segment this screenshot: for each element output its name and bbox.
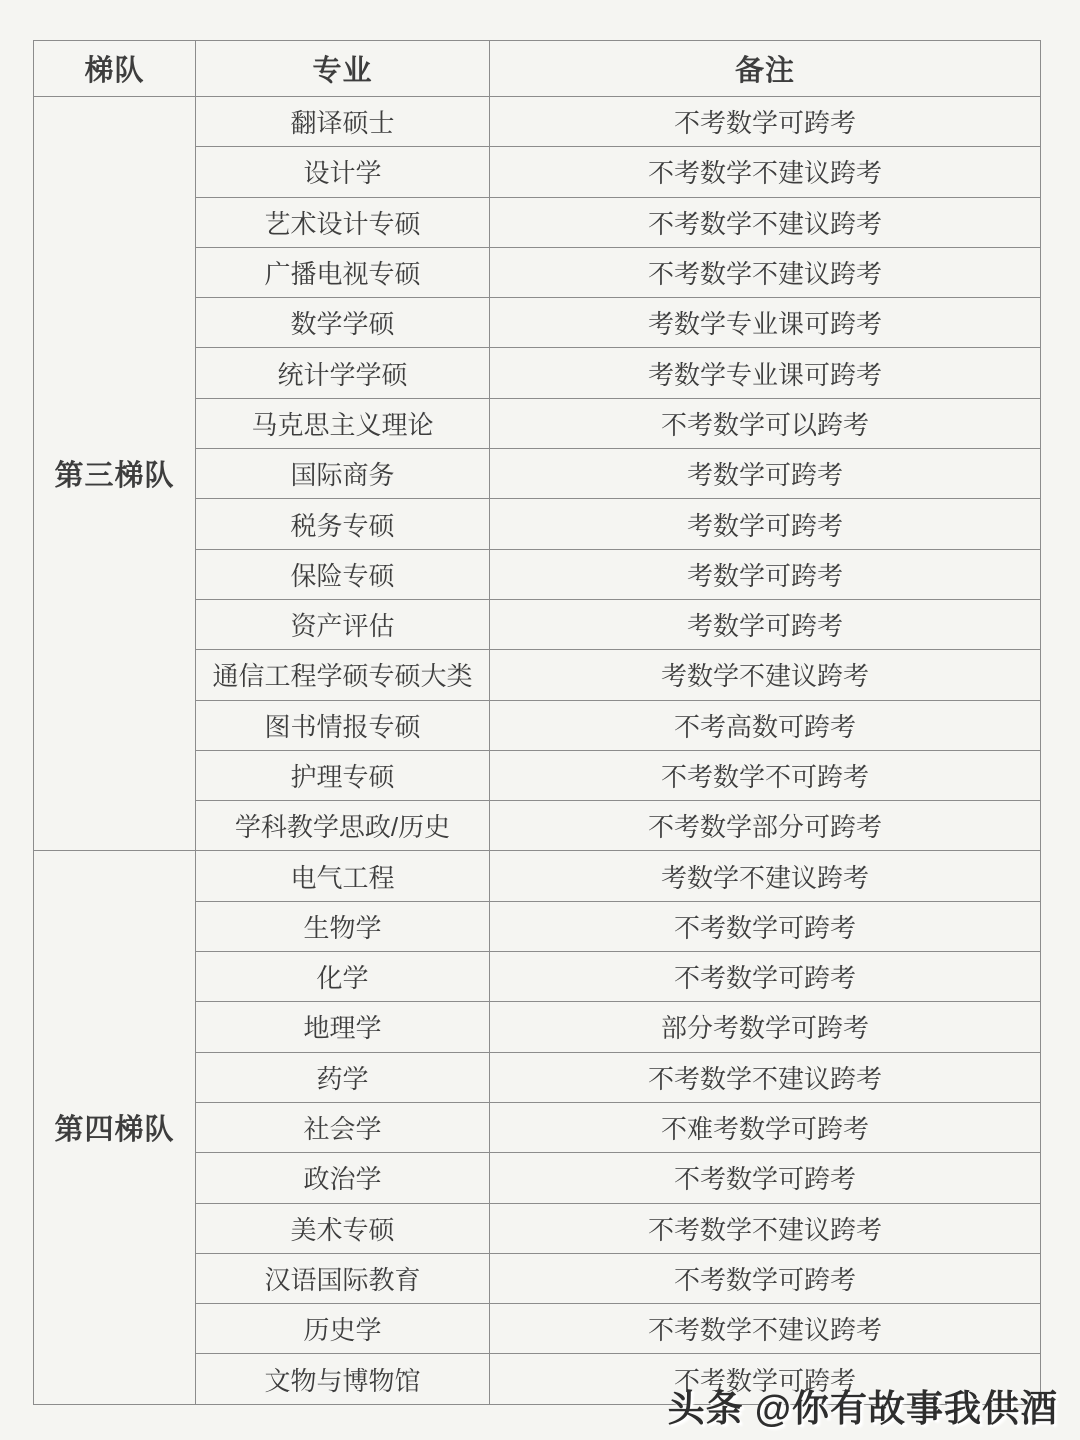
major-cell: 电气工程 xyxy=(196,851,490,901)
note-cell: 考数学可跨考 xyxy=(490,599,1041,649)
header-cell-tier: 梯队 xyxy=(34,41,196,97)
note-cell: 不考数学不建议跨考 xyxy=(490,247,1041,297)
major-cell: 护理专硕 xyxy=(196,750,490,800)
tier-cell: 第三梯队 xyxy=(34,97,196,851)
major-cell: 历史学 xyxy=(196,1304,490,1354)
note-cell: 考数学专业课可跨考 xyxy=(490,298,1041,348)
page: { "table": { "headers": ["梯队", "专业", "备注… xyxy=(0,0,1080,1440)
table-body: 第三梯队翻译硕士不考数学可跨考设计学不考数学不建议跨考艺术设计专硕不考数学不建议… xyxy=(34,97,1041,1405)
watermark: 头条 @你有故事我供酒 xyxy=(668,1378,1058,1432)
major-cell: 税务专硕 xyxy=(196,499,490,549)
tier-cell: 第四梯队 xyxy=(34,851,196,1404)
note-cell: 不考数学可跨考 xyxy=(490,1253,1041,1303)
tier-table-wrap: 梯队 专业 备注 第三梯队翻译硕士不考数学可跨考设计学不考数学不建议跨考艺术设计… xyxy=(33,40,1041,1405)
major-cell: 美术专硕 xyxy=(196,1203,490,1253)
note-cell: 不考数学可跨考 xyxy=(490,901,1041,951)
note-cell: 考数学不建议跨考 xyxy=(490,851,1041,901)
major-cell: 通信工程学硕专硕大类 xyxy=(196,650,490,700)
note-cell: 不考数学可跨考 xyxy=(490,97,1041,147)
table-row: 第四梯队电气工程考数学不建议跨考 xyxy=(34,851,1041,901)
major-cell: 设计学 xyxy=(196,147,490,197)
major-cell: 文物与博物馆 xyxy=(196,1354,490,1404)
note-cell: 不考数学可以跨考 xyxy=(490,398,1041,448)
major-cell: 药学 xyxy=(196,1052,490,1102)
header-cell-note: 备注 xyxy=(490,41,1041,97)
tier-table: 梯队 专业 备注 第三梯队翻译硕士不考数学可跨考设计学不考数学不建议跨考艺术设计… xyxy=(33,40,1041,1405)
major-cell: 学科教学思政/历史 xyxy=(196,801,490,851)
table-header: 梯队 专业 备注 xyxy=(34,41,1041,97)
major-cell: 保险专硕 xyxy=(196,549,490,599)
major-cell: 政治学 xyxy=(196,1153,490,1203)
major-cell: 统计学学硕 xyxy=(196,348,490,398)
major-cell: 马克思主义理论 xyxy=(196,398,490,448)
major-cell: 汉语国际教育 xyxy=(196,1253,490,1303)
note-cell: 不考数学可跨考 xyxy=(490,1153,1041,1203)
table-row: 第三梯队翻译硕士不考数学可跨考 xyxy=(34,97,1041,147)
note-cell: 不考数学不建议跨考 xyxy=(490,1304,1041,1354)
note-cell: 不考数学不建议跨考 xyxy=(490,1052,1041,1102)
note-cell: 不考数学不可跨考 xyxy=(490,750,1041,800)
note-cell: 不考数学部分可跨考 xyxy=(490,801,1041,851)
major-cell: 生物学 xyxy=(196,901,490,951)
major-cell: 数学学硕 xyxy=(196,298,490,348)
note-cell: 考数学不建议跨考 xyxy=(490,650,1041,700)
major-cell: 图书情报专硕 xyxy=(196,700,490,750)
note-cell: 不难考数学可跨考 xyxy=(490,1102,1041,1152)
major-cell: 化学 xyxy=(196,952,490,1002)
note-cell: 考数学可跨考 xyxy=(490,549,1041,599)
major-cell: 社会学 xyxy=(196,1102,490,1152)
note-cell: 考数学可跨考 xyxy=(490,499,1041,549)
note-cell: 不考数学不建议跨考 xyxy=(490,197,1041,247)
major-cell: 资产评估 xyxy=(196,599,490,649)
major-cell: 艺术设计专硕 xyxy=(196,197,490,247)
note-cell: 不考高数可跨考 xyxy=(490,700,1041,750)
major-cell: 广播电视专硕 xyxy=(196,247,490,297)
major-cell: 国际商务 xyxy=(196,449,490,499)
note-cell: 不考数学不建议跨考 xyxy=(490,1203,1041,1253)
note-cell: 部分考数学可跨考 xyxy=(490,1002,1041,1052)
note-cell: 考数学专业课可跨考 xyxy=(490,348,1041,398)
header-row: 梯队 专业 备注 xyxy=(34,41,1041,97)
note-cell: 考数学可跨考 xyxy=(490,449,1041,499)
major-cell: 地理学 xyxy=(196,1002,490,1052)
major-cell: 翻译硕士 xyxy=(196,97,490,147)
note-cell: 不考数学不建议跨考 xyxy=(490,147,1041,197)
note-cell: 不考数学可跨考 xyxy=(490,952,1041,1002)
header-cell-major: 专业 xyxy=(196,41,490,97)
